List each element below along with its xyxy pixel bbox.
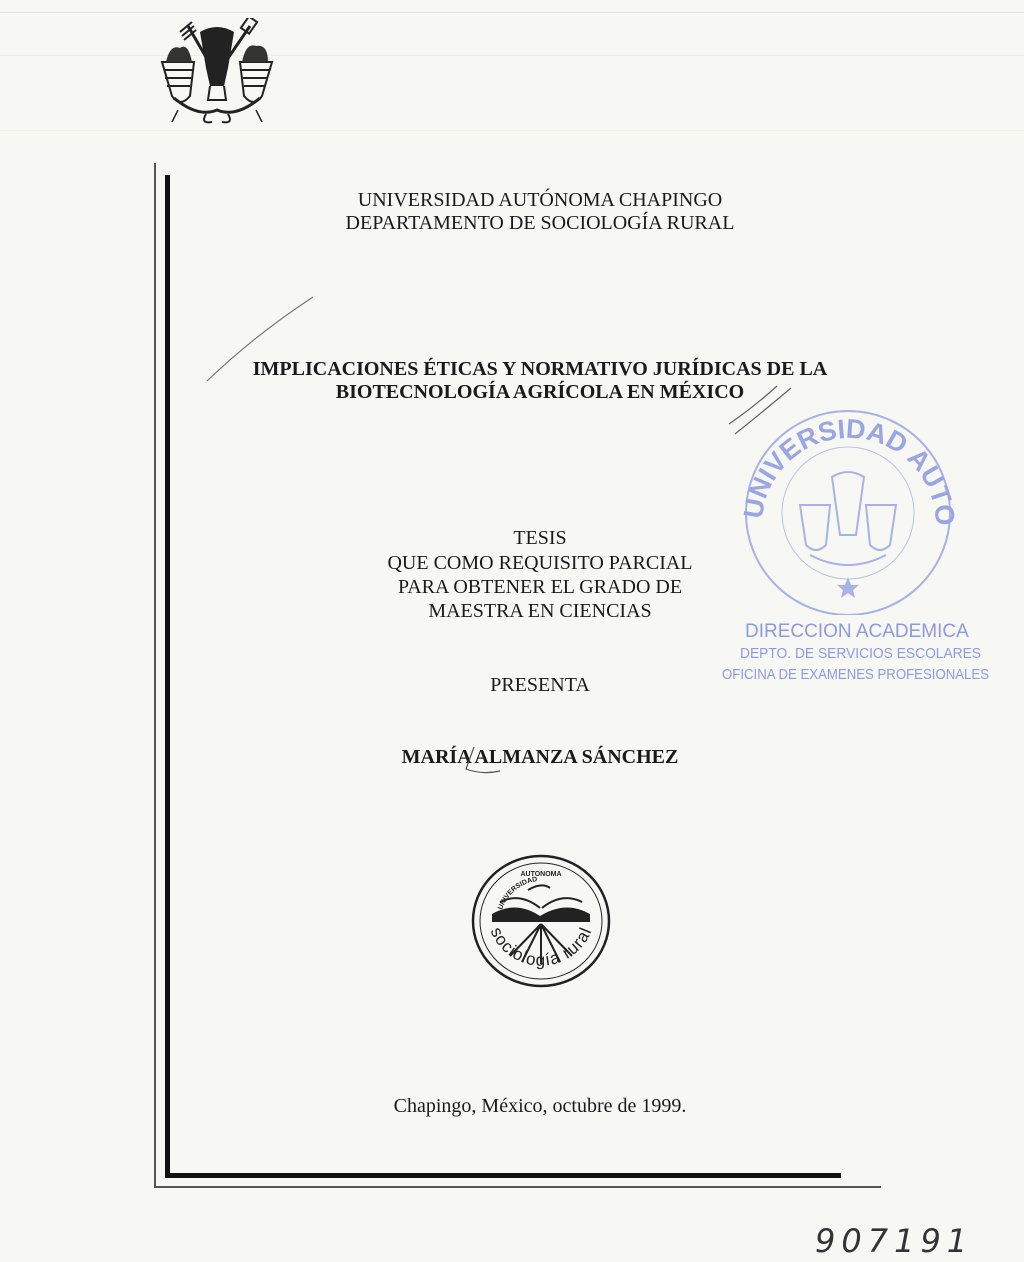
department-name: DEPARTAMENTO DE SOCIOLOGÍA RURAL [170,212,910,235]
university-name: UNIVERSIDAD AUTÓNOMA CHAPINGO [170,189,910,212]
frame-outer-vertical-line [154,163,156,1188]
pen-mark-icon [462,745,502,775]
presenta-label: PRESENTA [170,674,910,697]
handwritten-catalog-number: 907191 [815,1222,973,1260]
frame-inner-horizontal-line [165,1173,841,1178]
frame-outer-horizontal-line [154,1186,881,1188]
stamp-depto-servicios-escolares: DEPTO. DE SERVICIOS ESCOLARES [740,645,981,662]
scan-artifact [0,12,1024,13]
degree-line-2: QUE COMO REQUISITO PARCIAL [170,552,910,575]
thesis-title-line-2: BIOTECNOLOGÍA AGRÍCOLA EN MÉXICO [170,381,910,404]
degree-line-4: MAESTRA EN CIENCIAS [170,600,910,623]
thesis-title-line-1: IMPLICACIONES ÉTICAS Y NORMATIVO JURÍDIC… [190,358,890,381]
place-and-date: Chapingo, México, octubre de 1999. [170,1095,910,1118]
svg-text:UNIVERSIDAD: UNIVERSIDAD [497,876,538,911]
svg-text:AUTONOMA: AUTONOMA [520,871,561,878]
scan-artifact [0,130,1024,131]
university-emblem-icon [158,18,276,126]
svg-text:UNIVERSIDAD AUTONOMA CHAPINGO: UNIVERSIDAD AUTONOMA CHAPINGO [740,405,955,527]
degree-line-3: PARA OBTENER EL GRADO DE [170,576,910,599]
stamp-direccion-academica: DIRECCION ACADEMICA [745,621,969,643]
sociologia-rural-seal-icon: UNIVERSIDAD AUTONOMA sociología rural [470,852,612,990]
degree-line-tesis: TESIS [170,527,910,550]
author-name: MARÍA ALMANZA SÁNCHEZ [170,746,910,769]
scan-artifact [0,55,1024,56]
